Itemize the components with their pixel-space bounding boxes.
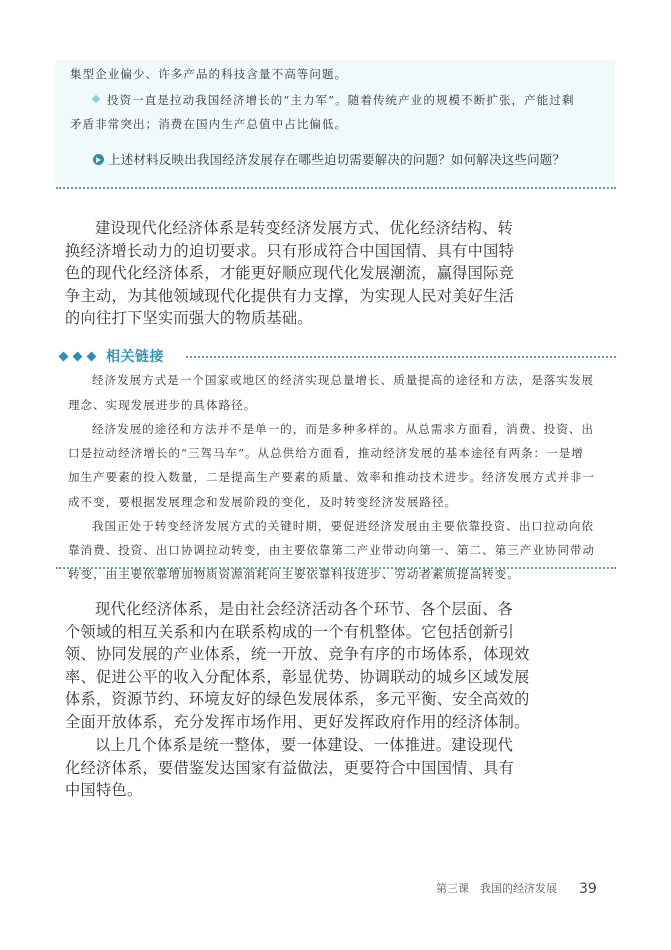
paragraph-2: 现代化经济体系，是由社会经济活动各个环节、各个层面、各 个领域的相互关系和内在联… <box>65 598 465 734</box>
text-line: 领、协同发展的产业体系，统一开放、竞争有序的市场体系，体现效 <box>65 643 465 666</box>
discussion-question: 上述材料反映出我国经济发展存在哪些迫切需要解决的问题？如何解决这些问题？ <box>93 150 565 168</box>
play-arrow-icon <box>93 154 104 165</box>
dotted-divider <box>56 567 616 569</box>
text-line: 率、促进公平的收入分配体系，彰显优势、协调联动的城乡区域发展 <box>65 666 465 689</box>
dotted-divider <box>56 187 616 189</box>
text-line: 换经济增长动力的迫切要求。只有形成符合中国国情、具有中国特 <box>65 240 465 263</box>
diamond-icon <box>59 351 69 361</box>
material-line: 投资一直是拉动我国经济增长的“主力军”。随着传统产业的规模不断扩张，产能过剩 <box>93 92 575 108</box>
text-line: 体系，资源节约、环境友好的绿色发展体系，多元平衡、安全高效的 <box>65 688 465 711</box>
diamond-icon <box>73 351 83 361</box>
question-text: 上述材料反映出我国经济发展存在哪些迫切需要解决的问题？如何解决这些问题？ <box>108 152 565 167</box>
text-line: 化经济体系，要借鉴发达国家有益做法，更要符合中国国情、具有 <box>65 757 465 780</box>
text-line: 口是拉动经济增长的“三驾马车”。从总供给方面看，推动经济发展的基本途径有两条：一… <box>68 445 584 461</box>
text-line: 建设现代化经济体系是转变经济发展方式、优化经济结构、转 <box>65 217 465 240</box>
text-line: 中国特色。 <box>65 779 465 802</box>
paragraph-1: 建设现代化经济体系是转变经济发展方式、优化经济结构、转 换经济增长动力的迫切要求… <box>65 217 465 330</box>
related-links-title: 相关链接 <box>106 346 164 366</box>
text-line: 全面开放体系，充分发挥市场作用、更好发挥政府作用的经济体制。 <box>65 711 465 734</box>
text-line: 的向往打下坚实而强大的物质基础。 <box>65 307 465 330</box>
text-line: 靠消费、投资、出口协调拉动转变，由主要依靠第二产业带动向第一、第二、第三产业协同… <box>68 542 595 558</box>
material-line: 矛盾非常突出；消费在国内生产总值中占比偏低。 <box>70 116 347 132</box>
text-line: 经济发展的途径和方法并不是单一的，而是多种多样的。从总需求方面看，消费、投资、出 <box>92 421 594 437</box>
related-links-header: 相关链接 <box>60 346 164 366</box>
text-line: 色的现代化经济体系，才能更好顺应现代化发展潮流，赢得国际竞 <box>65 262 465 285</box>
text-line: 理念、实现发展进步的具体路径。 <box>68 397 256 413</box>
text-line: 以上几个体系是统一整体，要一体建设、一体推进。建设现代 <box>65 734 465 757</box>
material-line-text: 投资一直是拉动我国经济增长的“主力军”。随着传统产业的规模不断扩张，产能过剩 <box>107 93 575 107</box>
diamond-icon <box>87 351 97 361</box>
text-line: 成不变，要根据发展理念和发展阶段的变化，及时转变经济发展路径。 <box>68 494 457 510</box>
paragraph-3: 以上几个体系是统一整体，要一体建设、一体推进。建设现代 化经济体系，要借鉴发达国… <box>65 734 465 802</box>
text-line: 争主动，为其他领域现代化提供有力支撑，为实现人民对美好生活 <box>65 285 465 308</box>
text-line: 我国正处于转变经济发展方式的关键时期，要促进经济发展由主要依靠投资、出口拉动向依 <box>92 518 594 534</box>
dotted-divider <box>186 356 616 358</box>
lesson-title: 第三课 我国的经济发展 <box>436 882 557 895</box>
text-line: 个领域的相互关系和内在联系构成的一个有机整体。它包括创新引 <box>65 621 465 644</box>
material-line: 集型企业偏少、许多产品的科技含量不高等问题。 <box>70 66 347 82</box>
bullet-diamond-icon <box>92 95 100 103</box>
page-footer: 第三课 我国的经济发展39 <box>436 880 597 897</box>
page-number: 39 <box>579 881 597 897</box>
text-line: 现代化经济体系，是由社会经济活动各个环节、各个层面、各 <box>65 598 465 621</box>
text-line: 经济发展方式是一个国家或地区的经济实现总量增长、质量提高的途径和方法，是落实发展 <box>92 372 594 388</box>
text-line: 加生产要素的投入数量，二是提高生产要素的质量、效率和推动技术进步。经济发展方式并… <box>68 469 595 485</box>
